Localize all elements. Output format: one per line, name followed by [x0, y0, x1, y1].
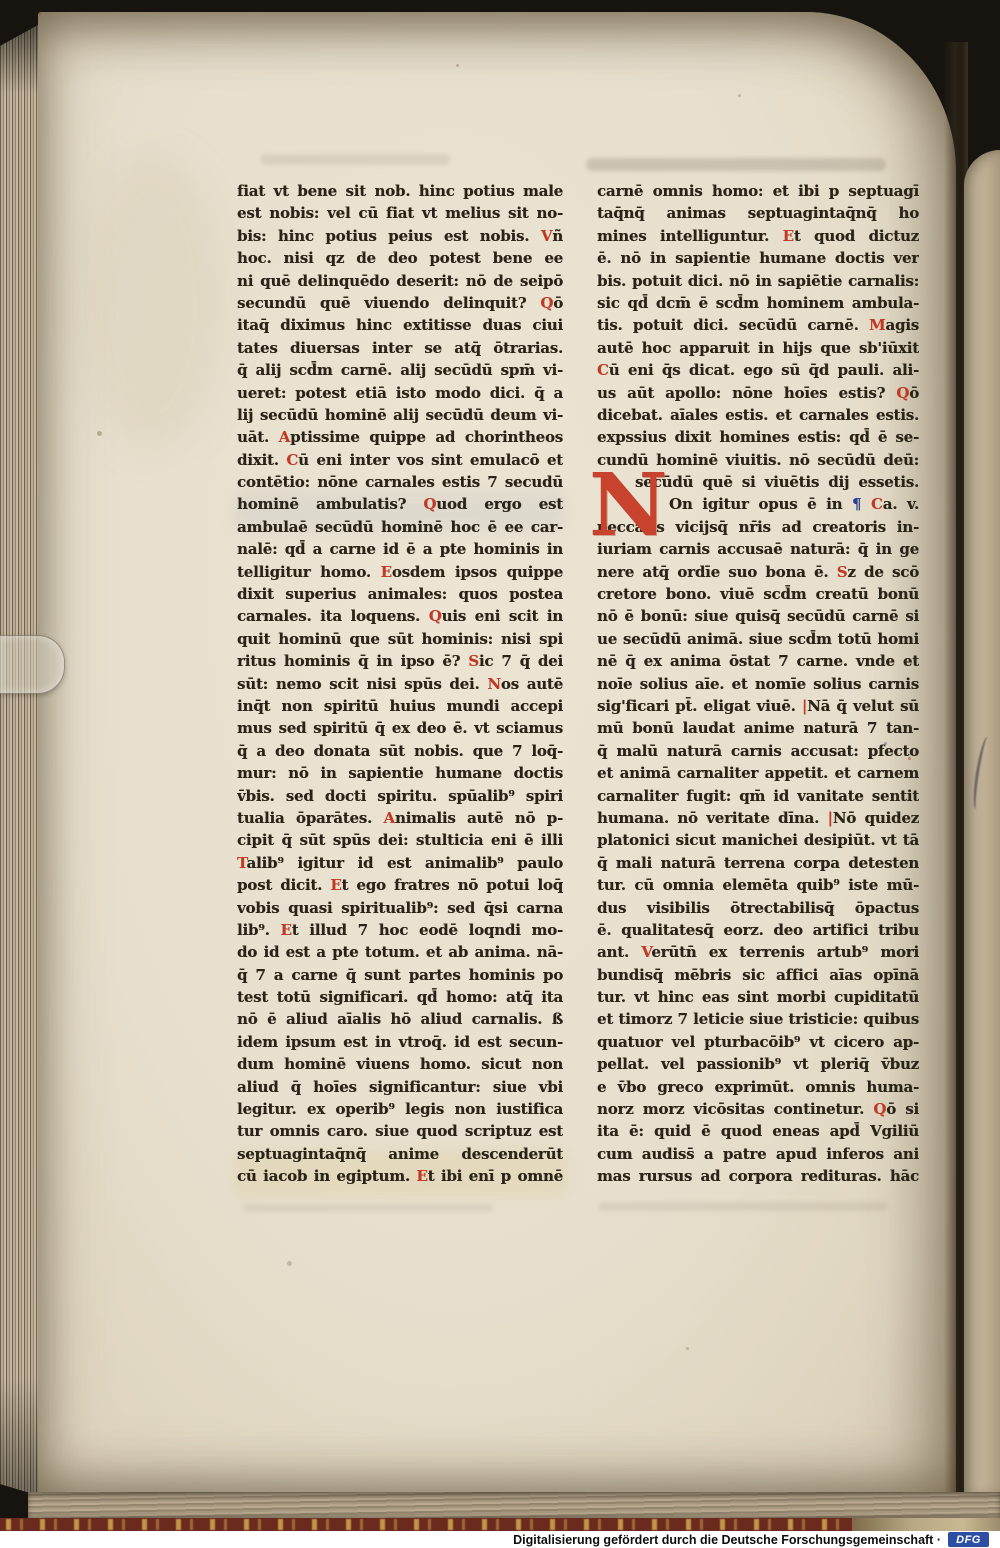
showthrough-ghost — [243, 1204, 493, 1212]
text-segment: dixit. — [237, 451, 286, 469]
text-line: mū bonū laudat anime naturā 7 tan- — [597, 717, 919, 739]
text-segment: Q — [873, 1100, 886, 1118]
text-segment: peccatis vicijsq̄ nr̄is ad creatoris in- — [597, 518, 919, 536]
text-segment: ū eni q̄s dicat. ego sū q̄d pauli. ali- — [609, 361, 919, 379]
text-line: uāt. Aptissime quippe ad chorintheos — [237, 426, 563, 448]
text-line: mur: nō in sapientie humane doctis — [237, 762, 563, 784]
text-segment: Nō quidez — [833, 809, 919, 827]
text-segment: t illud 7 hoc eodē loqndi mo- — [292, 921, 563, 939]
text-line: ant. Verūtn̄ ex terrenis artub⁹ mori — [597, 941, 919, 963]
text-segment: a. v. — [883, 495, 919, 513]
text-segment: lij secūdū hominē alij secūdū deum vi- — [237, 406, 563, 424]
showthrough-ghost — [598, 1202, 888, 1211]
text-line: aliud q̄ hoīes significantur: siue vbi — [237, 1076, 563, 1098]
text-line: Talib⁹ igitur id est animalib⁹ paulo — [237, 852, 563, 874]
text-line: humana. nō veritate dīna. |Nō quidez — [597, 807, 919, 829]
text-line: norz morz vicōsitas continetur. Qō si — [597, 1098, 919, 1120]
text-line: tur. vt hinc eas sint morbi cupiditatū — [597, 986, 919, 1008]
text-line: est nobis: vel cū fiat vt melius sit no- — [237, 202, 563, 224]
text-line: do id est a pte totum. et ab anima. nā- — [237, 941, 563, 963]
text-line: q̄ a deo donata sūt nobis. que 7 loq̄- — [237, 740, 563, 762]
text-line: telligitur homo. Eosdem ipsos quippe — [237, 561, 563, 583]
text-line: q̄ 7 a carne q̄ sunt partes hominis po — [237, 964, 563, 986]
text-column-right: carnē omnis homo: et ibi p septuagītaq̄n… — [597, 180, 919, 1188]
text-line: et timorz 7 leticie siue tristicie: quib… — [597, 1008, 919, 1030]
text-segment: Q — [896, 384, 909, 402]
text-line: dixit. Cū eni inter vos sint emulacō et — [237, 449, 563, 471]
text-segment: cipit q̄ sūt spūs dei: stulticia eni ē i… — [237, 831, 563, 849]
text-segment: nere atq̄ ordīe suo bona ē. — [597, 563, 837, 581]
text-segment: C — [597, 361, 609, 379]
text-line: e v̄bo greco exprimūt. omnis huma- — [597, 1076, 919, 1098]
text-segment: q̄ alij scd̄m carnē. alij secūdū spm̄ vi… — [237, 361, 563, 379]
text-line: contētio: nōne carnales estis 7 secudū — [237, 471, 563, 493]
text-line: quit hominū que sūt hominis: nisi spi — [237, 628, 563, 650]
text-segment: tur. vt hinc eas sint morbi cupiditatū — [597, 988, 919, 1006]
text-segment: dicebat. aīales estis. et carnales estis… — [597, 406, 919, 424]
text-segment: et timorz 7 leticie siue tristicie: quib… — [597, 1010, 919, 1028]
text-segment: E — [281, 921, 292, 939]
text-segment: nō ē bonū: siue quisq̄ secūdū carnē si — [597, 607, 919, 625]
text-line: cundū hominē viuitis. nō secūdū deū: — [597, 449, 919, 471]
text-segment: M — [869, 316, 885, 334]
text-segment: ō — [553, 294, 563, 312]
text-segment: uis eni scit in — [442, 607, 563, 625]
text-segment: t ego fratres nō potui loq̄ — [342, 876, 563, 894]
text-line: taq̄nq̄ animas septuagintaq̄nq̄ ho — [597, 202, 919, 224]
text-segment: vobis quasi spiritualib⁹: sed q̄si carna — [237, 899, 563, 917]
text-line: bis: hinc potius peius est nobis. Vñ — [237, 225, 563, 247]
text-line: dum hominē viuens homo. sicut non — [237, 1053, 563, 1075]
text-segment: v̄bis. sed docti spiritu. spūalib⁹ spiri — [237, 787, 563, 805]
text-line: septuagintaq̄nq̄ anime descenderūt — [237, 1143, 563, 1165]
text-segment: t ibi enī p omnē — [428, 1167, 563, 1185]
text-segment: pellat. vel passionib⁹ vt pleriq̄ v̄buz — [597, 1055, 919, 1073]
text-line: dus visibilis ōtrectabilisq̄ ōpactus — [597, 897, 919, 919]
text-segment: E — [381, 563, 392, 581]
text-line: tis. potuit dici. secūdū carnē. Magis — [597, 314, 919, 336]
text-line: inq̄t non spiritū huius mundi accepi — [237, 695, 563, 717]
text-segment: ic 7 q̄ dei — [479, 652, 563, 670]
text-segment: contētio: nōne carnales estis 7 secudū — [237, 473, 563, 491]
text-line: tur omnis caro. siue quod scriptuz est — [237, 1120, 563, 1142]
text-line: ni quē delinquēdo deserit: nō de seipō — [237, 270, 563, 292]
text-segment: C — [286, 451, 298, 469]
text-segment: ñ — [552, 227, 563, 245]
text-segment: Q — [429, 607, 442, 625]
text-segment: T — [237, 854, 247, 872]
text-segment: taq̄nq̄ animas septuagintaq̄nq̄ ho — [597, 204, 919, 222]
text-segment — [861, 495, 871, 513]
text-segment: ant. — [597, 943, 641, 961]
text-segment: tates diuersas inter se atq̄ ōtrarias. — [237, 339, 563, 357]
text-line: ambulaē secūdū hominē hoc ē ee car- — [237, 516, 563, 538]
text-line: quatuor vel pturbacōib⁹ vt cicero ap- — [597, 1031, 919, 1053]
text-line: dicebat. aīales estis. et carnales estis… — [597, 404, 919, 426]
text-segment: q̄ mali naturā terrena corpa detesten — [597, 854, 919, 872]
text-segment: ue secūdū animā. siue scd̄m totū homi — [597, 630, 919, 648]
text-segment: z de scō — [847, 563, 919, 581]
text-segment: septuagintaq̄nq̄ anime descenderūt — [237, 1145, 563, 1163]
scan-viewport: fiat vt bene sit nob. hinc potius malees… — [0, 0, 1000, 1548]
text-segment: dixit superius animales: quos postea — [237, 585, 563, 603]
text-segment: ē. qualitatesq̄ eorz. deo artifici tribu — [597, 921, 919, 939]
text-line: bis. potuit dici. nō in sapiētie carnali… — [597, 270, 919, 292]
text-segment: secundū quē viuendo delinquit? — [237, 294, 540, 312]
text-line: post dicit. Et ego fratres nō potui loq̄ — [237, 874, 563, 896]
text-line: carnē omnis homo: et ibi p septuagī — [597, 180, 919, 202]
text-segment: erūtn̄ ex terrenis artub⁹ mori — [651, 943, 919, 961]
paper-stain — [78, 152, 228, 452]
text-line: mus sed spiritū q̄ ex deo ē. vt sciamus — [237, 717, 563, 739]
text-segment: itaq̄ diximus hinc extitisse duas ciui — [237, 316, 563, 334]
text-line: v̄bis. sed docti spiritu. spūalib⁹ spiri — [237, 785, 563, 807]
text-segment: sic qd̄ dcm̄ ē scd̄m hominem ambula- — [597, 294, 919, 312]
text-segment: fiat vt bene sit nob. hinc potius male — [237, 182, 563, 200]
text-segment: iuriam carnis accusaē naturā: q̄ in ge — [597, 540, 919, 558]
text-line: lib⁹. Et illud 7 hoc eodē loqndi mo- — [237, 919, 563, 941]
text-segment: V — [641, 943, 651, 961]
text-segment: os autē — [501, 675, 563, 693]
text-line: ita ē: quid ē quod eneas apd̄ Vgiliū — [597, 1120, 919, 1142]
text-line: mas rursus ad corpora redituras. hāc — [597, 1165, 919, 1187]
text-segment: hominē ambulatis? — [237, 495, 423, 513]
page-holder-clip — [0, 635, 65, 694]
text-line: nē q̄ ex anima ōstat 7 carne. vnde et — [597, 650, 919, 672]
text-line: tualia ōparātes. Animalis autē nō p- — [237, 807, 563, 829]
book-page: fiat vt bene sit nob. hinc potius malees… — [38, 12, 956, 1494]
text-segment: E — [330, 876, 341, 894]
text-segment: Q — [540, 294, 553, 312]
text-line: Cū eni q̄s dicat. ego sū q̄d pauli. ali- — [597, 359, 919, 381]
text-segment: do id est a pte totum. et ab anima. nā- — [237, 943, 563, 961]
text-segment: carnales. ita loquens. — [237, 607, 429, 625]
text-line: dixit superius animales: quos postea — [237, 583, 563, 605]
paper-specks — [38, 12, 41, 15]
text-line: ueret: potest etiā isto modo dici. q̄ a — [237, 382, 563, 404]
text-segment: A — [279, 428, 290, 446]
text-line: mines intelliguntur. Et quod dictuz — [597, 225, 919, 247]
text-line: tur. cū omnia elemēta quib⁹ iste mū- — [597, 874, 919, 896]
text-segment: nō ē aliud aīalis hō aliud carnalis. ß — [237, 1010, 563, 1028]
text-segment: ritus hominis q̄ in ipso ē? — [237, 652, 468, 670]
text-line: sic qd̄ dcm̄ ē scd̄m hominem ambula- — [597, 292, 919, 314]
text-segment: tur omnis caro. siue quod scriptuz est — [237, 1122, 563, 1140]
text-segment: osdem ipsos quippe — [392, 563, 563, 581]
text-segment: mas rursus ad corpora redituras. hāc — [597, 1167, 919, 1185]
text-segment: et animā carnaliter appetit. et carnem — [597, 764, 919, 782]
text-segment: ū eni inter vos sint emulacō et — [298, 451, 563, 469]
text-line: secundū quē viuendo delinquit? Qō — [237, 292, 563, 314]
text-line: vobis quasi spiritualib⁹: sed q̄si carna — [237, 897, 563, 919]
digitization-banner: Digitalisierung gefördert durch die Deut… — [0, 1531, 1000, 1548]
text-segment: test totū significari. qd̄ homo: atq̄ it… — [237, 988, 563, 1006]
text-line: test totū significari. qd̄ homo: atq̄ it… — [237, 986, 563, 1008]
banner-text: Digitalisierung gefördert durch die Deut… — [513, 1533, 941, 1547]
text-segment: post dicit. — [237, 876, 330, 894]
text-line: et animā carnaliter appetit. et carnem — [597, 762, 919, 784]
text-segment: noīe solius aīe. et nomīe solius carnis — [597, 675, 919, 693]
text-line: q̄ malū naturā carnis accusat: pfecto — [597, 740, 919, 762]
text-segment: expssius dixit homines estis: qd̄ ē se- — [597, 428, 919, 446]
text-line: q̄ alij scd̄m carnē. alij secūdū spm̄ vi… — [237, 359, 563, 381]
text-segment: quit hominū que sūt hominis: nisi spi — [237, 630, 563, 648]
fore-edge-pages — [852, 1518, 1000, 1531]
text-segment: e v̄bo greco exprimūt. omnis huma- — [597, 1078, 919, 1096]
page-edge-stack-left — [0, 24, 40, 1496]
text-line: On igitur opus ē in ¶ Ca. v. — [597, 493, 919, 515]
text-segment: uāt. — [237, 428, 279, 446]
text-segment: E — [416, 1167, 427, 1185]
text-segment: carnē omnis homo: et ibi p septuagī — [597, 182, 919, 200]
text-segment: mus sed spiritū q̄ ex deo ē. vt sciamus — [237, 719, 563, 737]
text-segment: platonici sicut manichei desipiūt. vt tā — [597, 831, 919, 849]
text-line: hominē ambulatis? Quod ergo est — [237, 493, 563, 515]
text-line: platonici sicut manichei desipiūt. vt tā — [597, 829, 919, 851]
text-segment: cū iacob in egiptum. — [237, 1167, 416, 1185]
text-segment: ¶ — [852, 495, 861, 513]
text-line: bundisq̄ mēbris sic affici aīas opīnā — [597, 964, 919, 986]
text-segment: ueret: potest etiā isto modo dici. q̄ a — [237, 384, 563, 402]
text-segment: alib⁹ igitur id est animalib⁹ paulo — [247, 854, 563, 872]
text-segment: ni quē delinquēdo deserit: nō de seipō — [237, 272, 563, 290]
text-line: nō ē aliud aīalis hō aliud carnalis. ß — [237, 1008, 563, 1030]
text-line: ē. qualitatesq̄ eorz. deo artifici tribu — [597, 919, 919, 941]
text-line: cipit q̄ sūt spūs dei: stulticia eni ē i… — [237, 829, 563, 851]
dfg-logo: DFG — [948, 1532, 989, 1547]
text-segment: C — [871, 495, 883, 513]
text-segment: humana. nō veritate dīna. — [597, 809, 828, 827]
text-segment: V — [541, 227, 552, 245]
text-segment: ō si — [886, 1100, 919, 1118]
text-segment: Q — [423, 495, 436, 513]
text-segment: tualia ōparātes. — [237, 809, 384, 827]
text-segment: secūdū quē si viuētis dij essetis. — [635, 473, 919, 491]
text-line: itaq̄ diximus hinc extitisse duas ciui — [237, 314, 563, 336]
facing-page-edge — [964, 150, 1000, 1494]
binding-edge-gold-tooling — [0, 1518, 852, 1531]
text-line: idem ipsum est in vtroq̄. id est secun- — [237, 1031, 563, 1053]
text-line: ue secūdū animā. siue scd̄m totū homi — [597, 628, 919, 650]
text-segment: idem ipsum est in vtroq̄. id est secun- — [237, 1033, 563, 1051]
text-line: sūt: nemo scit nisi spūs dei. Nos autē — [237, 673, 563, 695]
text-line: hoc. nisi qz de deo potest bene ee homi- — [237, 247, 563, 269]
text-line: carnaliter fugit: qm̄ id vanitate sentit — [597, 785, 919, 807]
text-segment: N — [487, 675, 501, 693]
text-line: noīe solius aīe. et nomīe solius carnis — [597, 673, 919, 695]
text-line: peccatis vicijsq̄ nr̄is ad creatoris in- — [597, 516, 919, 538]
text-line: us aūt apollo: nōne hoīes estis? Qō — [597, 382, 919, 404]
text-segment: cundū hominē viuitis. nō secūdū deū: — [597, 451, 919, 469]
text-segment: ita ē: quid ē quod eneas apd̄ Vgiliū — [597, 1122, 919, 1140]
text-segment: dum hominē viuens homo. sicut non — [237, 1055, 563, 1073]
text-segment: nē q̄ ex anima ōstat 7 carne. vnde et — [597, 652, 919, 670]
text-segment: ō — [909, 384, 919, 402]
text-line: ritus hominis q̄ in ipso ē? Sic 7 q̄ dei — [237, 650, 563, 672]
text-segment: sig'ficari pt̄. eligat viuē. — [597, 697, 802, 715]
text-segment: bis. potuit dici. nō in sapiētie carnali… — [597, 272, 919, 290]
text-segment: carnaliter fugit: qm̄ id vanitate sentit — [597, 787, 919, 805]
text-segment: us aūt apollo: nōne hoīes estis? — [597, 384, 896, 402]
text-line: secūdū quē si viuētis dij essetis. — [597, 471, 919, 493]
text-segment: hoc. nisi qz de deo potest bene ee homi- — [237, 249, 563, 269]
text-segment: tis. potuit dici. secūdū carnē. — [597, 316, 869, 334]
text-segment: nalē: qd̄ a carne id ē a pte hominis in — [237, 540, 563, 558]
text-line: cū iacob in egiptum. Et ibi enī p omnē — [237, 1165, 563, 1187]
text-column-left: fiat vt bene sit nob. hinc potius malees… — [237, 180, 563, 1188]
text-line: q̄ mali naturā terrena corpa detesten — [597, 852, 919, 874]
text-line: fiat vt bene sit nob. hinc potius male — [237, 180, 563, 202]
text-segment: E — [783, 227, 794, 245]
showthrough-ghost — [586, 158, 886, 171]
showthrough-ghost — [260, 154, 450, 165]
text-segment: mines intelliguntur. — [597, 227, 783, 245]
text-line: carnales. ita loquens. Quis eni scit in — [237, 605, 563, 627]
text-segment: S — [468, 652, 479, 670]
text-segment: dus visibilis ōtrectabilisq̄ ōpactus — [597, 899, 919, 917]
text-line: pellat. vel passionib⁹ vt pleriq̄ v̄buz — [597, 1053, 919, 1075]
page-edge-stack-bottom — [28, 1492, 1000, 1519]
text-line: cum audiss̄ a patre apud inferos ani — [597, 1143, 919, 1165]
text-segment: q̄ malū naturā carnis accusat: pfecto — [597, 742, 919, 760]
text-segment: ē. nō in sapientie humane doctis ver — [597, 249, 919, 267]
text-segment: lib⁹. — [237, 921, 281, 939]
text-segment: quatuor vel pturbacōib⁹ vt cicero ap- — [597, 1033, 919, 1051]
text-line: ē. nō in sapientie humane doctis ver — [597, 247, 919, 269]
text-segment: Nā q̄ velut sū — [807, 697, 919, 715]
text-line: legitur. ex operib⁹ legis non iustifica — [237, 1098, 563, 1120]
text-line: nō ē bonū: siue quisq̄ secūdū carnē si — [597, 605, 919, 627]
text-segment: est nobis: vel cū fiat vt melius sit no- — [237, 204, 563, 222]
text-segment: legitur. ex operib⁹ legis non iustifica — [237, 1100, 563, 1118]
text-segment: bundisq̄ mēbris sic affici aīas opīnā — [597, 966, 919, 984]
text-segment: uod ergo est — [436, 495, 563, 513]
text-line: iuriam carnis accusaē naturā: q̄ in ge — [597, 538, 919, 560]
text-segment: tur. cū omnia elemēta quib⁹ iste mū- — [597, 876, 919, 894]
text-segment: A — [384, 809, 395, 827]
text-segment: autē hoc apparuit in hijs que sb'iūxit — [597, 339, 919, 357]
text-segment: aliud q̄ hoīes significantur: siue vbi — [237, 1078, 563, 1096]
text-segment: ambulaē secūdū hominē hoc ē ee car- — [237, 518, 563, 536]
text-segment: ptissime quippe ad chorintheos — [290, 428, 563, 446]
text-line: nere atq̄ ordīe suo bona ē. Sz de scō — [597, 561, 919, 583]
text-line: expssius dixit homines estis: qd̄ ē se- — [597, 426, 919, 448]
text-segment: cum audiss̄ a patre apud inferos ani — [597, 1145, 919, 1163]
text-line: nalē: qd̄ a carne id ē a pte hominis in — [237, 538, 563, 560]
text-segment: mū bonū laudat anime naturā 7 tan- — [597, 719, 919, 737]
text-segment: agis — [885, 316, 919, 334]
text-segment: telligitur homo. — [237, 563, 381, 581]
text-segment: S — [837, 563, 848, 581]
text-line: lij secūdū hominē alij secūdū deum vi- — [237, 404, 563, 426]
text-segment: sūt: nemo scit nisi spūs dei. — [237, 675, 487, 693]
text-segment: nimalis autē nō p- — [395, 809, 563, 827]
text-segment: On igitur opus ē in — [669, 495, 852, 513]
text-segment: q̄ 7 a carne q̄ sunt partes hominis po — [237, 966, 563, 984]
text-segment: bis: hinc potius peius est nobis. — [237, 227, 541, 245]
text-line: sig'ficari pt̄. eligat viuē. |Nā q̄ velu… — [597, 695, 919, 717]
text-segment: q̄ a deo donata sūt nobis. que 7 loq̄- — [237, 742, 563, 760]
text-segment: inq̄t non spiritū huius mundi accepi — [237, 697, 563, 715]
text-line: autē hoc apparuit in hijs que sb'iūxit — [597, 337, 919, 359]
text-segment: norz morz vicōsitas continetur. — [597, 1100, 873, 1118]
text-line: cretore bono. viuē scd̄m creatū bonū — [597, 583, 919, 605]
text-segment: t quod dictuz — [794, 227, 919, 245]
text-segment: mur: nō in sapientie humane doctis — [237, 764, 563, 782]
text-line: tates diuersas inter se atq̄ ōtrarias. — [237, 337, 563, 359]
text-segment: cretore bono. viuē scd̄m creatū bonū — [597, 585, 919, 603]
